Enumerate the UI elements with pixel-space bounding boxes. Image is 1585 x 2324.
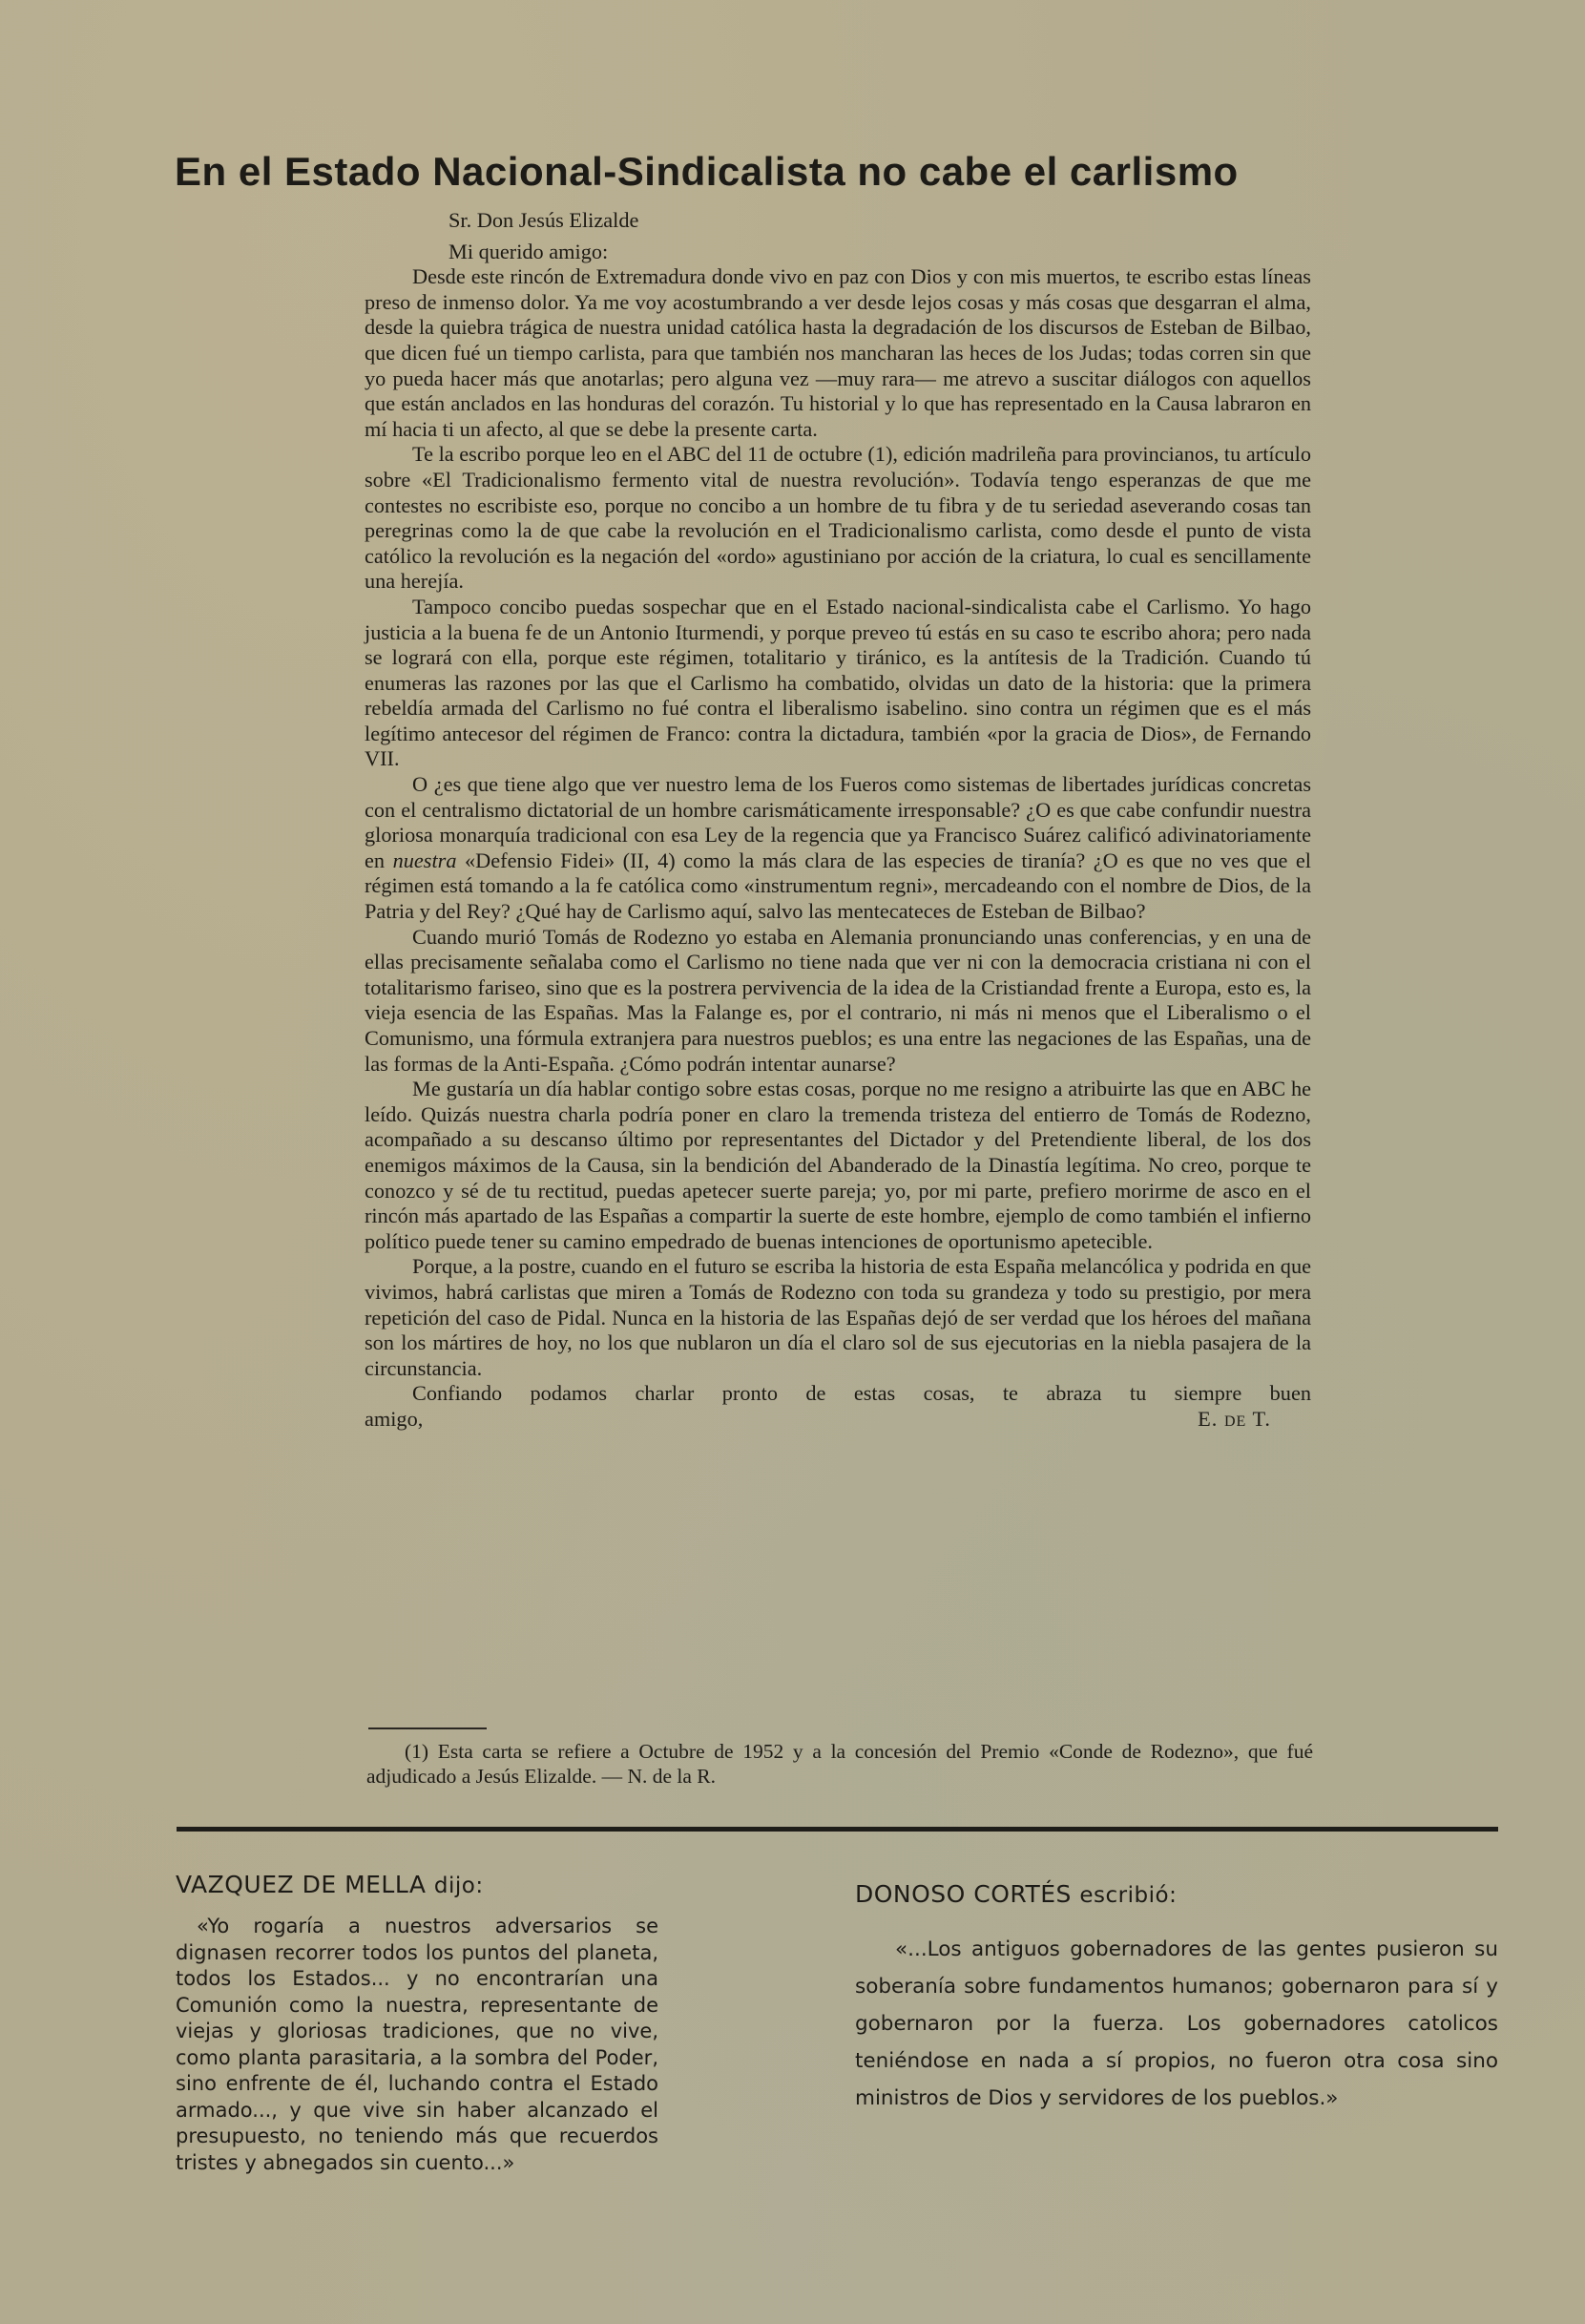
letter-paragraph: Me gustaría un día hablar contigo sobre … bbox=[365, 1077, 1311, 1254]
signature: E. de T. bbox=[1198, 1407, 1271, 1433]
article-title: En el Estado Nacional-Sindicalista no ca… bbox=[175, 149, 1491, 195]
quote-verb: dijo: bbox=[434, 1874, 484, 1898]
quote-text: «Yo rogaría a nuestros adversarios se di… bbox=[176, 1914, 658, 2176]
letter-signoff: amigo, E. de T. bbox=[365, 1407, 1311, 1433]
letter-greeting: Mi querido amigo: bbox=[365, 240, 1311, 265]
letter-paragraph: Te la escribo porque leo en el ABC del 1… bbox=[365, 442, 1311, 595]
quote-author: DONOSO CORTÉS bbox=[855, 1880, 1072, 1908]
letter-paragraph: Porque, a la postre, cuando en el futuro… bbox=[365, 1254, 1311, 1381]
footnote: (1) Esta carta se refiere a Octubre de 1… bbox=[366, 1739, 1313, 1789]
quote-text: «...Los antiguos gobernadores de las gen… bbox=[855, 1931, 1498, 2117]
letter-paragraph: Desde este rincón de Extremadura donde v… bbox=[365, 264, 1311, 442]
quote-heading: DONOSO CORTÉS escribió: bbox=[855, 1880, 1498, 1908]
letter-addressee: Sr. Don Jesús Elizalde bbox=[365, 208, 1311, 234]
document-page: En el Estado Nacional-Sindicalista no ca… bbox=[0, 0, 1585, 2324]
letter-paragraph: O ¿es que tiene algo que ver nuestro lem… bbox=[365, 772, 1311, 925]
footnote-text: (1) Esta carta se refiere a Octubre de 1… bbox=[366, 1739, 1313, 1789]
letter-closing: Confiando podamos charlar pronto de esta… bbox=[365, 1381, 1311, 1407]
quote-author: VAZQUEZ DE MELLA bbox=[176, 1871, 426, 1898]
quote-vazquez-de-mella: VAZQUEZ DE MELLA dijo: «Yo rogaría a nue… bbox=[176, 1871, 658, 2176]
section-divider bbox=[177, 1827, 1498, 1832]
letter-paragraph: Cuando murió Tomás de Rodezno yo estaba … bbox=[365, 925, 1311, 1078]
letter-paragraph: Tampoco concibo puedas sospechar que en … bbox=[365, 595, 1311, 772]
letter-body: Sr. Don Jesús Elizalde Mi querido amigo:… bbox=[365, 208, 1311, 1433]
footnote-divider bbox=[368, 1727, 487, 1729]
quote-verb: escribió: bbox=[1079, 1883, 1177, 1908]
quote-donoso-cortes: DONOSO CORTÉS escribió: «...Los antiguos… bbox=[855, 1871, 1498, 2117]
closing-word: amigo, bbox=[365, 1407, 423, 1433]
quote-heading: VAZQUEZ DE MELLA dijo: bbox=[176, 1871, 658, 1898]
